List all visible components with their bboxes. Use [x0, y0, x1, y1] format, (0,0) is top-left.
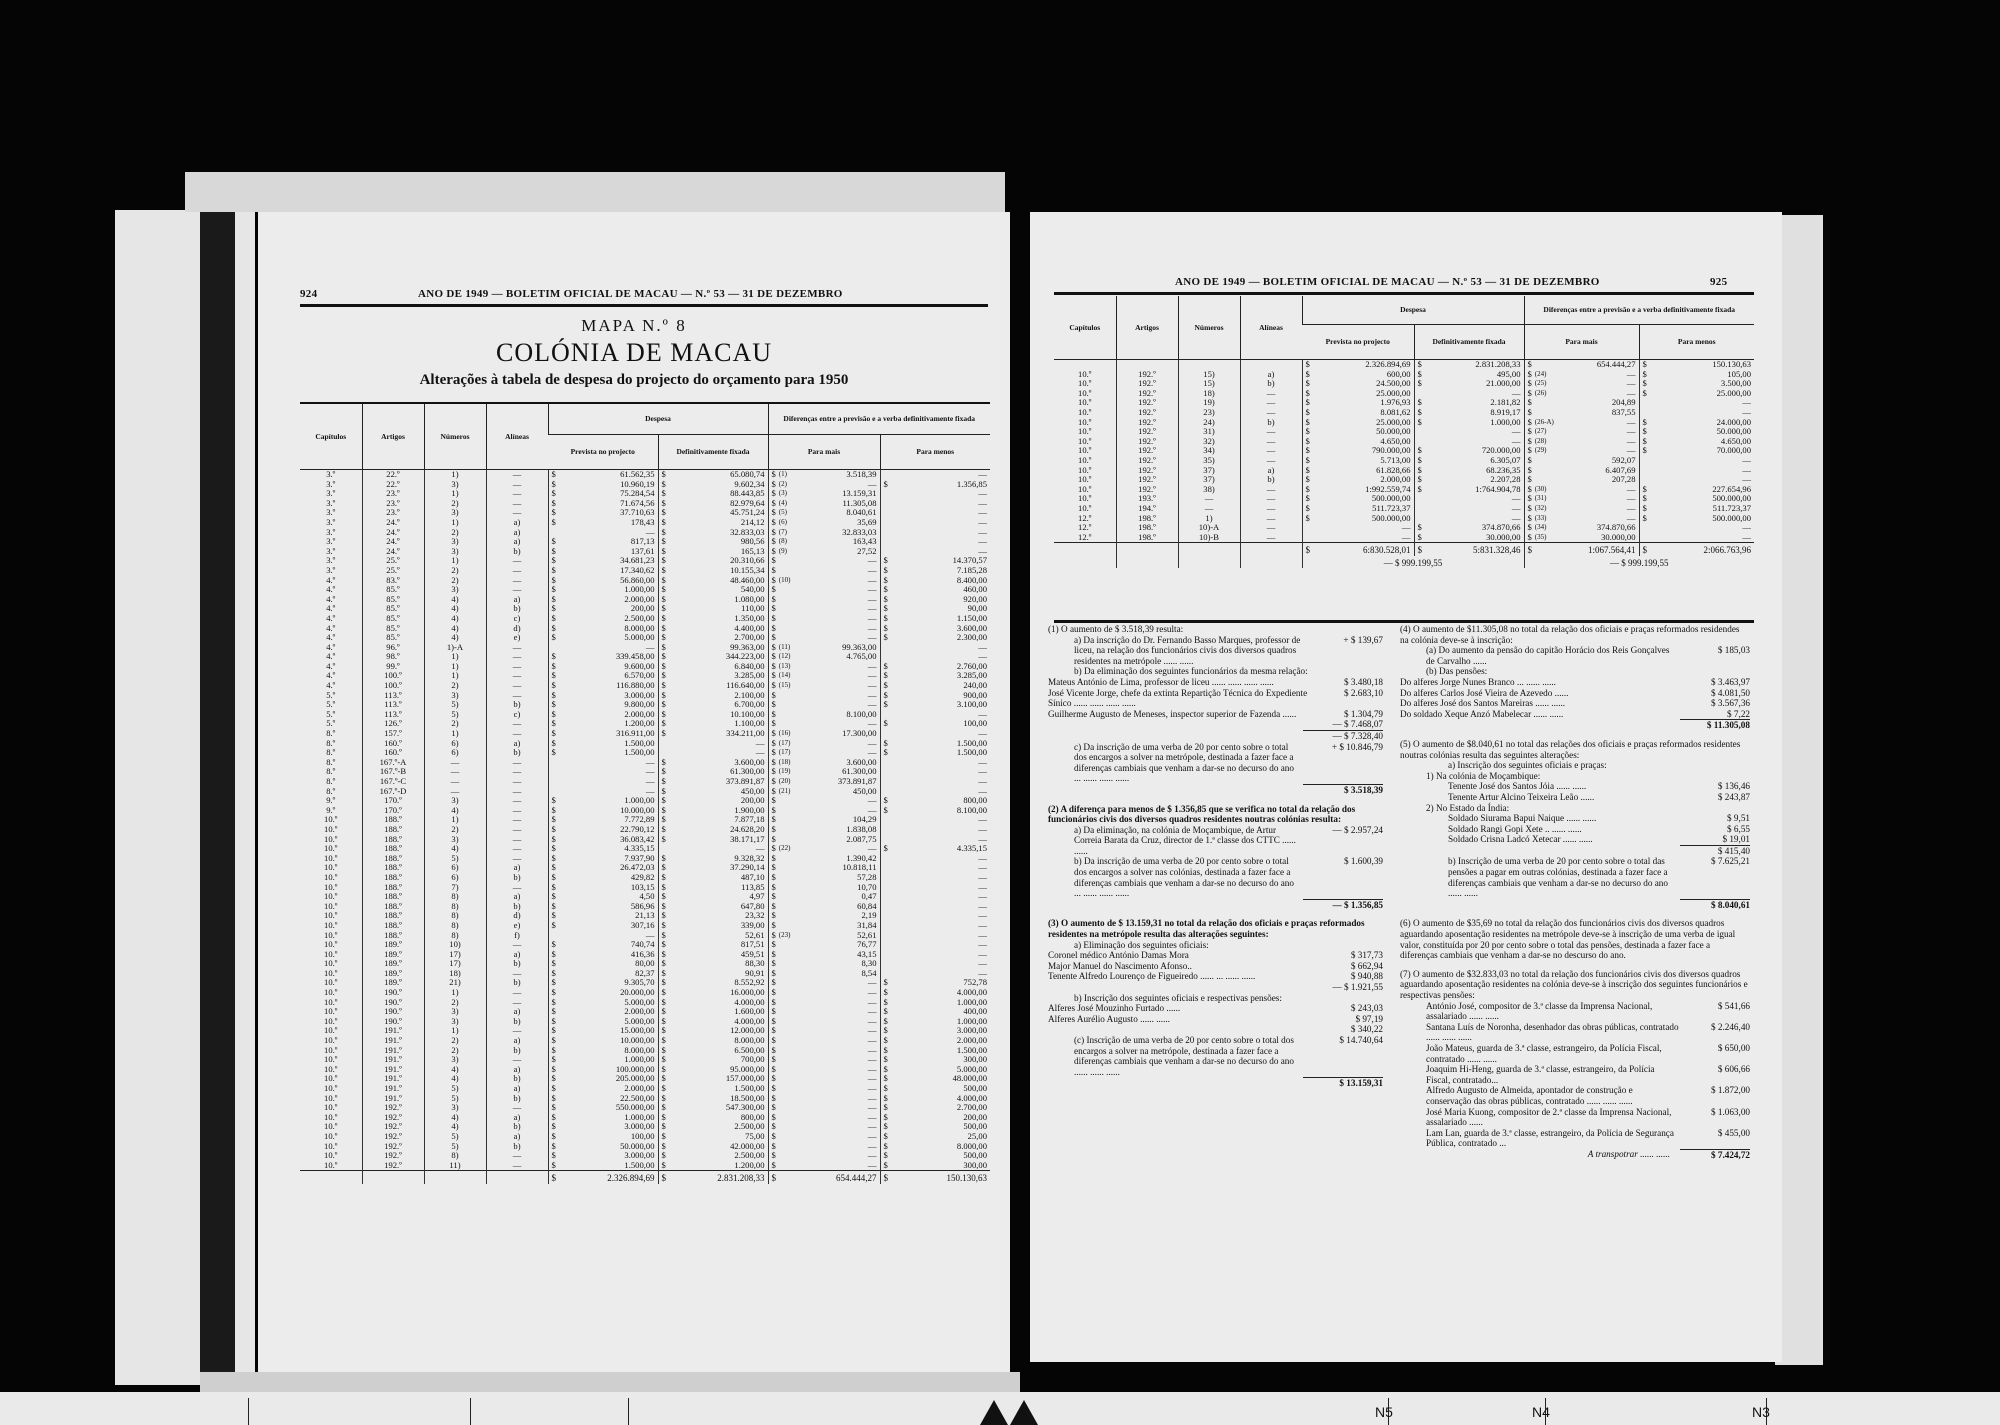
note-line-item: Coronel médico António Damas Mora$ 317,7… — [1048, 950, 1383, 961]
note-line-item: Tenente José dos Santos Jóia ...... ....… — [1400, 781, 1750, 792]
book-binding-shadow — [200, 210, 235, 1385]
running-head-right: ANO DE 1949 — BOLETIM OFICIAL DE MACAU —… — [1175, 276, 1600, 288]
col-alineas: Alíneas — [1240, 296, 1302, 360]
left-page: 924 ANO DE 1949 — BOLETIM OFICIAL DE MAC… — [258, 212, 1010, 1372]
note-4: (4) O aumento de $11.305,08 no total da … — [1400, 624, 1750, 731]
col-group-diferencas: Diferenças entre a previsão e a verba de… — [1524, 296, 1754, 325]
scan-arrow-marker — [980, 1400, 1008, 1425]
note-line-item: Soldado Rangi Gopi Xete .. ...... ......… — [1400, 824, 1750, 835]
notes-column-left: (1) O aumento de $ 3.518,39 resulta: a) … — [1048, 624, 1383, 1097]
book-bottom-edge — [200, 1372, 1020, 1394]
note-line-item: Alfredo Augusto de Almeida, apontador de… — [1400, 1085, 1750, 1106]
table-row: 10.º192.º11)—$1.500,00$1.200,00$—$300,00 — [300, 1161, 990, 1171]
col-capitulos: Capítulos — [1054, 296, 1116, 360]
difference-despesa: — $ 999.199,55 — [1302, 556, 1524, 569]
col-group-despesa: Despesa — [548, 404, 768, 435]
running-head-left: ANO DE 1949 — BOLETIM OFICIAL DE MACAU —… — [418, 288, 843, 300]
expense-table-right: Capítulos Artigos Números Alíneas Despes… — [1054, 296, 1754, 568]
document-title: COLÓNIA DE MACAU — [258, 338, 1010, 368]
col-prevista: Prevista no projecto — [1302, 325, 1414, 360]
note-2: (2) A diferença para menos de $ 1.356,85… — [1048, 804, 1383, 911]
right-page: ANO DE 1949 — BOLETIM OFICIAL DE MACAU —… — [1030, 212, 1782, 1362]
scan-mark: N4 — [1532, 1404, 1550, 1420]
note-line-item: Do soldado Xeque Anzó Mabelecar ...... .… — [1400, 709, 1750, 720]
note-line-item: Soldado Siurama Bapui Naique ...... ....… — [1400, 813, 1750, 824]
note-line-item: João Mateus, guarda de 3.ª classe, estra… — [1400, 1043, 1750, 1064]
col-alineas: Alíneas — [486, 404, 548, 470]
col-artigos: Artigos — [1116, 296, 1178, 360]
note-line-item: Joaquim Hi-Heng, guarda de 3.ª classe, e… — [1400, 1064, 1750, 1085]
difference-diferencas: — $ 999.199,55 — [1524, 556, 1754, 569]
col-group-despesa: Despesa — [1302, 296, 1524, 325]
book-top-edge — [185, 172, 1005, 212]
col-group-diferencas: Diferenças entre a previsão e a verba de… — [768, 404, 990, 435]
note-line-item: Tenente Alfredo Lourenço de Figueiredo .… — [1048, 971, 1383, 982]
table-row: 12.º198.º10)-B——$30.000,00$(35)30.000,00… — [1054, 533, 1754, 543]
table-bottom-rule — [1054, 620, 1754, 623]
page-number-left: 924 — [300, 288, 317, 300]
scan-mark: N5 — [1375, 1404, 1393, 1420]
book-page-edges-right — [1775, 215, 1823, 1365]
note-line-item: Alferes Aurélio Augusto ...... ......$ 9… — [1048, 1014, 1383, 1025]
note-line-item: Soldado Crisna Ladcó Xetecar ...... ....… — [1400, 834, 1750, 845]
expense-table-left: Capítulos Artigos Números Alíneas Despes… — [300, 404, 990, 1184]
scan-tick — [248, 1398, 249, 1425]
col-numeros: Números — [1178, 296, 1240, 360]
note-line-item: José Maria Kuong, compositor de 2.ª clas… — [1400, 1107, 1750, 1128]
totals-row: $2.326.894,69$2.831.208,33$654.444,27$15… — [300, 1171, 990, 1184]
table-body-right: $2.326.894,69 $2.831.208,33 $654.444,27 … — [1054, 360, 1754, 569]
scan-tick — [470, 1398, 471, 1425]
header-rule — [300, 304, 988, 307]
col-para-mais: Para mais — [1524, 325, 1639, 360]
note-line-item: Tenente Artur Alcino Teixeira Leão .....… — [1400, 792, 1750, 803]
note-line-item: Lam Lan, guarda de 3.ª classe, estrangei… — [1400, 1128, 1750, 1149]
note-line-item: Do alferes José dos Santos Mareiras ....… — [1400, 698, 1750, 709]
totals-row: $6:830.528,01$5:831.328,46$1:067.564,41$… — [1054, 543, 1754, 556]
note-line-item: Do alferes Carlos José Vieira de Azevedo… — [1400, 688, 1750, 699]
col-numeros: Números — [424, 404, 486, 470]
note-line-item: José Vicente Jorge, chefe da extinta Rep… — [1048, 688, 1383, 709]
note-7: (7) O aumento de $32.833,03 no total da … — [1400, 969, 1750, 1161]
note-line-item: Mateus António de Lima, professor de lic… — [1048, 677, 1383, 688]
col-para-mais: Para mais — [768, 435, 880, 470]
note-line-item: Santana Luís de Noronha, desenhador das … — [1400, 1022, 1750, 1043]
note-line-item: Guilherme Augusto de Meneses, inspector … — [1048, 709, 1383, 720]
col-capitulos: Capítulos — [300, 404, 362, 470]
table-body-left: 3.º22.º1)—$61.562,35$65.080,74$(1)3.518,… — [300, 470, 990, 1184]
note-line-item: Do alferes Jorge Nunes Branco ... ......… — [1400, 677, 1750, 688]
note-3: (3) O aumento de $ 13.159,31 no total da… — [1048, 918, 1383, 1089]
note-5: (5) O aumento de $8.040,61 no total das … — [1400, 739, 1750, 911]
header-rule-right — [1054, 292, 1754, 295]
col-definitiva: Definitivamente fixada — [1414, 325, 1524, 360]
col-prevista: Prevista no projecto — [548, 435, 658, 470]
scan-tick — [628, 1398, 629, 1425]
difference-row: — $ 999.199,55— $ 999.199,55 — [1054, 556, 1754, 569]
col-definitiva: Definitivamente fixada — [658, 435, 768, 470]
note-line-item: António José, compositor de 3.ª classe d… — [1400, 1001, 1750, 1022]
scan-arrow-marker — [1010, 1400, 1038, 1425]
page-number-right: 925 — [1710, 276, 1727, 288]
note-line-item: Major Manuel do Nascimento Afonso..$ 662… — [1048, 961, 1383, 972]
note-6: (6) O aumento de $35,69 no total da rela… — [1400, 918, 1750, 960]
col-artigos: Artigos — [362, 404, 424, 470]
col-para-menos: Para menos — [880, 435, 990, 470]
notes-column-right: (4) O aumento de $11.305,08 no total da … — [1400, 624, 1750, 1169]
note-line-item: Alferes José Mouzinho Furtado ......$ 24… — [1048, 1003, 1383, 1014]
note-1: (1) O aumento de $ 3.518,39 resulta: a) … — [1048, 624, 1383, 796]
map-number: MAPA N.º 8 — [258, 316, 1010, 336]
scan-mark: N3 — [1752, 1404, 1770, 1420]
col-para-menos: Para menos — [1639, 325, 1754, 360]
document-subtitle: Alterações à tabela de despesa do projec… — [258, 372, 1010, 389]
